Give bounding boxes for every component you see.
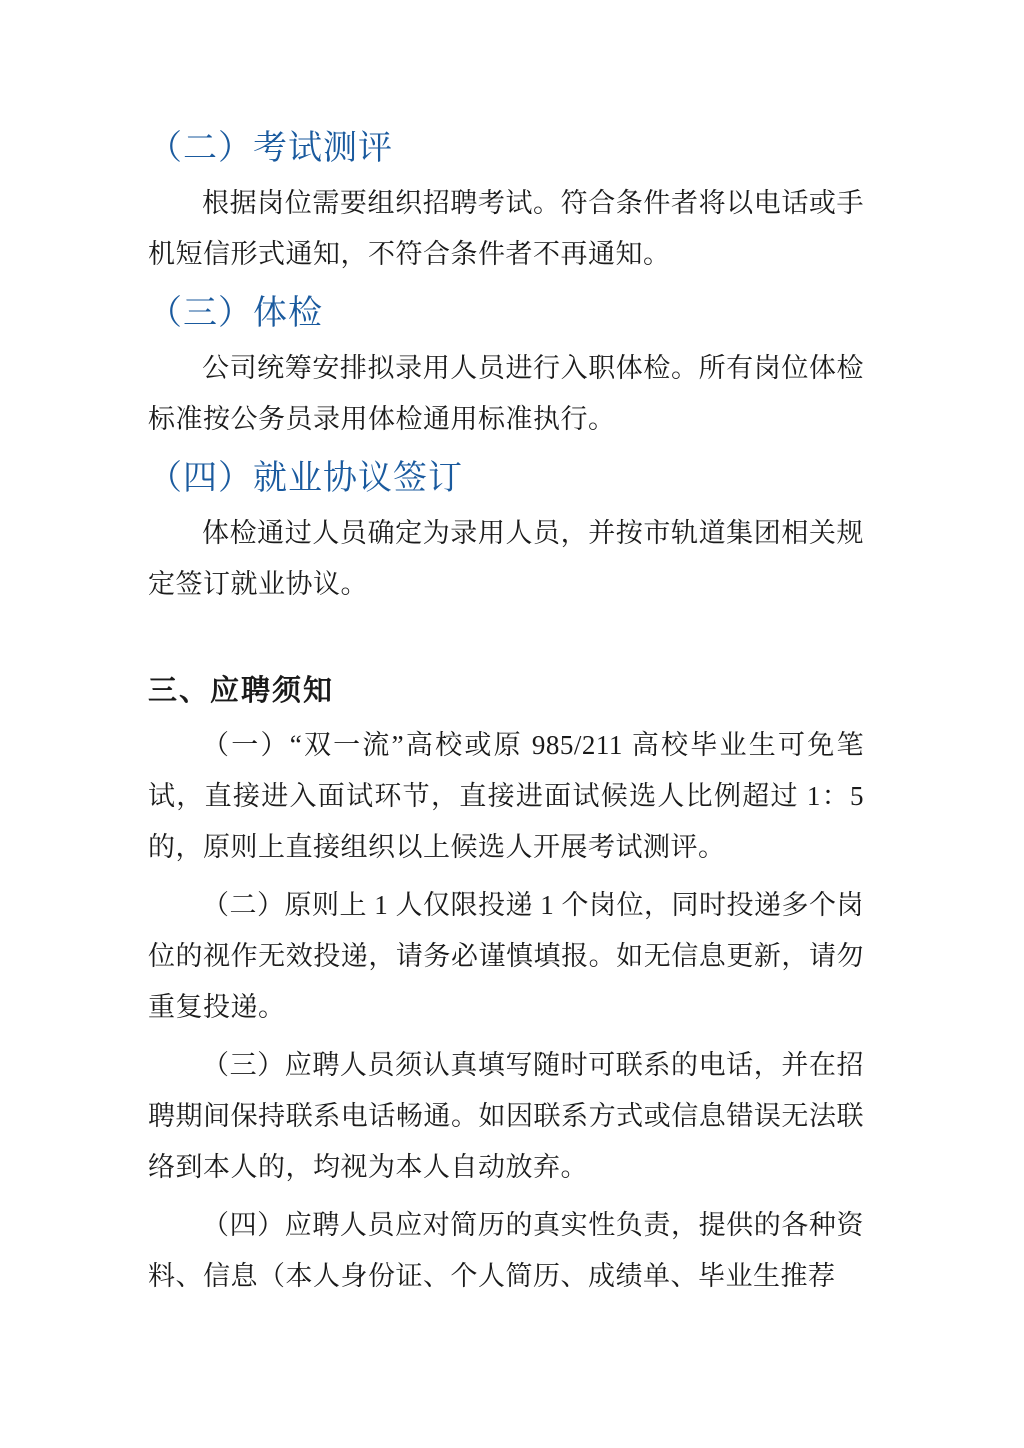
document-page: （二）考试测评根据岗位需要组织招聘考试。符合条件者将以电话或手机短信形式通知，不… (0, 0, 1024, 1448)
body-paragraph: （四）应聘人员应对简历的真实性负责，提供的各种资料、信息（本人身份证、个人简历、… (148, 1200, 864, 1302)
body-paragraph: （三）应聘人员须认真填写随时可联系的电话，并在招聘期间保持联系电话畅通。如因联系… (148, 1040, 864, 1193)
subsection-heading: （四）就业协议签订 (148, 452, 864, 506)
subsection-heading: （二）考试测评 (148, 122, 864, 176)
document-content: （二）考试测评根据岗位需要组织招聘考试。符合条件者将以电话或手机短信形式通知，不… (148, 118, 864, 1309)
body-paragraph: 公司统筹安排拟录用人员进行入职体检。所有岗位体检标准按公务员录用体检通用标准执行… (148, 343, 864, 445)
body-paragraph: （一）“双一流”高校或原 985/211 高校毕业生可免笔试，直接进入面试环节，… (148, 720, 864, 873)
body-paragraph: （二）原则上 1 人仅限投递 1 个岗位，同时投递多个岗位的视作无效投递，请务必… (148, 880, 864, 1033)
body-paragraph: 根据岗位需要组织招聘考试。符合条件者将以电话或手机短信形式通知，不符合条件者不再… (148, 178, 864, 280)
body-paragraph: 体检通过人员确定为录用人员，并按市轨道集团相关规定签订就业协议。 (148, 508, 864, 610)
subsection-heading: （三）体检 (148, 287, 864, 341)
chapter-heading: 三、应聘须知 (148, 664, 864, 718)
